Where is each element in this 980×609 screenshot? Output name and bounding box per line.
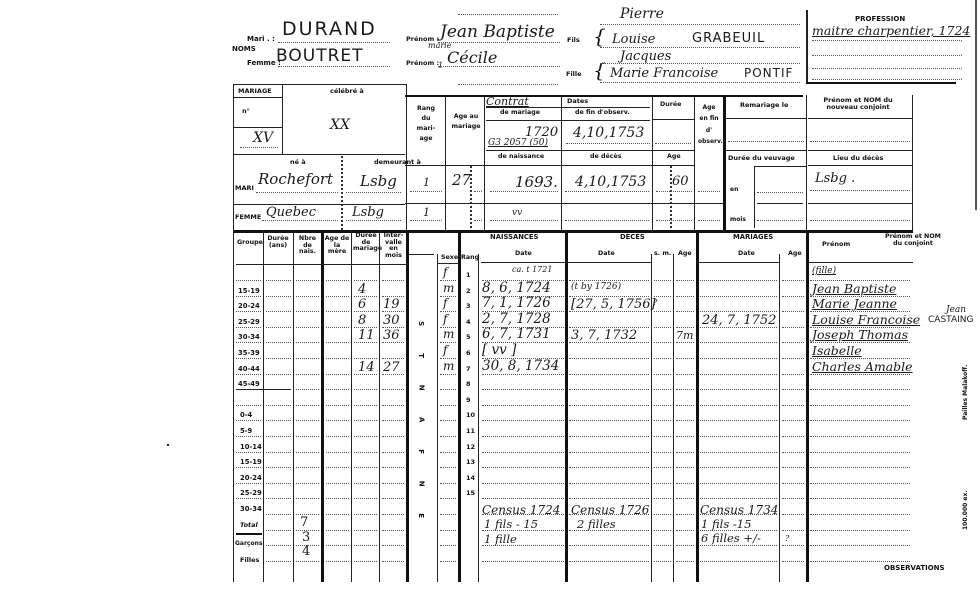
row-line	[440, 389, 456, 390]
birth-date: ca. t 1721	[482, 266, 552, 274]
row-line	[700, 342, 777, 343]
row-line	[236, 452, 261, 453]
row-line	[382, 483, 404, 484]
col-age-mere: Age de la mère	[324, 236, 350, 256]
row-line	[569, 358, 649, 359]
enfants-letter: N	[417, 385, 424, 391]
row-line	[676, 280, 694, 281]
femme-residence: Lsbg	[352, 206, 384, 219]
row-line	[266, 342, 291, 343]
fille-surname: PONTIF	[744, 67, 793, 79]
sexe-value: f	[443, 344, 447, 356]
row-line	[654, 514, 671, 515]
mari-surname: DURAND	[282, 20, 377, 39]
row-line	[676, 483, 694, 484]
remariage-label: Remariage le	[740, 102, 788, 109]
row-line	[700, 280, 777, 281]
row-line	[354, 405, 377, 406]
row-line	[266, 483, 291, 484]
row-line	[810, 389, 910, 390]
row-line	[654, 483, 671, 484]
census-1734-line2: 1 fils -15	[701, 519, 751, 531]
row-line	[354, 498, 377, 499]
row-line	[569, 405, 649, 406]
row-line	[569, 389, 649, 390]
row-line	[440, 545, 456, 546]
col-duree-mariage: Durée de mariage	[353, 233, 379, 253]
row-line	[266, 514, 291, 515]
contrat-label: Contrat	[486, 96, 529, 107]
row-line	[236, 467, 261, 468]
row-line	[266, 296, 291, 297]
intervalle-value: 19	[383, 298, 400, 311]
row-line	[236, 420, 261, 421]
row-line	[326, 405, 349, 406]
row-line	[782, 483, 804, 484]
total-label: Total	[240, 522, 258, 529]
femme-rang: 1	[423, 207, 430, 218]
row-line	[354, 436, 377, 437]
enfants-letter: A	[417, 417, 424, 422]
row-line	[810, 530, 910, 531]
col-mar-date: Date	[738, 251, 755, 258]
row-line	[296, 280, 319, 281]
row-line	[236, 498, 261, 499]
row-line	[654, 498, 671, 499]
row-line	[354, 514, 377, 515]
row-line	[654, 280, 671, 281]
row-line	[382, 467, 404, 468]
mois-label: mois	[730, 217, 746, 223]
row-line	[266, 405, 291, 406]
row-line	[236, 342, 261, 343]
row-line	[382, 545, 404, 546]
row-line	[326, 467, 349, 468]
row-line	[354, 467, 377, 468]
profession-value: maitre charpentier, 1724	[812, 25, 970, 38]
row-line	[782, 436, 804, 437]
row-line	[810, 452, 910, 453]
col-duree-ans: Durée (ans)	[266, 236, 290, 249]
row-line	[440, 530, 456, 531]
fille-father-prenom: Jacques	[620, 50, 671, 63]
census-1724-line3: 1 fille	[484, 534, 517, 546]
observations-label: OBSERVATIONS	[884, 565, 945, 572]
row-line	[654, 436, 671, 437]
row-line	[236, 296, 261, 297]
noms-label: NOMS	[232, 46, 256, 53]
row-line	[700, 545, 777, 546]
total-value: 7	[300, 516, 308, 529]
date-fin-observ: 4,10,1753	[573, 126, 644, 140]
row-line	[654, 374, 671, 375]
row-line	[654, 420, 671, 421]
row-line	[440, 436, 456, 437]
row-line	[382, 561, 404, 562]
groupe-label: 25-29	[240, 490, 262, 497]
speck	[167, 444, 169, 446]
mari-death-date: 4,10,1753	[575, 175, 646, 189]
row-line	[382, 514, 404, 515]
row-line	[569, 467, 649, 468]
row-line	[236, 358, 261, 359]
row-line	[569, 483, 649, 484]
garcons-label: Garçons	[235, 541, 262, 547]
row-line	[676, 452, 694, 453]
contrat-ref: G3 2057 (50)	[488, 139, 548, 148]
row-line	[782, 545, 804, 546]
row-line	[236, 327, 261, 328]
col-prenom: Prénom	[822, 241, 850, 248]
row-line	[810, 420, 910, 421]
child-prenom: Marie Jeanne	[812, 298, 897, 311]
row-line	[654, 467, 671, 468]
duree-veuvage-label: Durée du veuvage	[728, 155, 795, 162]
death-date: [27, 5, 1756]	[571, 298, 656, 311]
enfants-letter: S	[417, 321, 424, 326]
row-line	[482, 498, 564, 499]
row-line	[296, 483, 319, 484]
mari-lieu-deces: Lsbg .	[815, 172, 855, 185]
row-line	[676, 374, 694, 375]
marriage-date: 24, 7, 1752	[702, 314, 776, 327]
row-line	[236, 405, 261, 406]
row-line	[782, 561, 804, 562]
rang-number: 4	[466, 319, 471, 326]
mari-birth-date: 1693.	[515, 175, 558, 190]
intervalle-value: 30	[383, 314, 400, 327]
row-line	[676, 405, 694, 406]
row-line	[382, 280, 404, 281]
row-line	[676, 296, 694, 297]
row-line	[782, 498, 804, 499]
row-line	[266, 498, 291, 499]
row-line	[782, 530, 804, 531]
row-line	[296, 311, 319, 312]
rang-number: 7	[466, 366, 471, 373]
col-mar-age: Age	[788, 251, 802, 258]
en-label: en	[730, 187, 738, 193]
row-line	[782, 327, 804, 328]
groupe-label: 15-19	[240, 459, 262, 466]
row-line	[482, 420, 564, 421]
row-line	[296, 342, 319, 343]
row-line	[440, 514, 456, 515]
row-line	[782, 389, 804, 390]
row-line	[654, 358, 671, 359]
sm-value: ?	[653, 299, 657, 307]
row-line	[676, 342, 694, 343]
row-line	[354, 545, 377, 546]
row-line	[266, 467, 291, 468]
row-line	[782, 405, 804, 406]
row-line	[676, 561, 694, 562]
rang-number: 8	[466, 381, 471, 388]
row-line	[440, 452, 456, 453]
row-line	[266, 280, 291, 281]
row-line	[326, 389, 349, 390]
row-line	[266, 327, 291, 328]
census-1726-line2: 2 filles	[577, 519, 616, 531]
col-sm: s. m.	[654, 251, 671, 258]
row-line	[236, 311, 261, 312]
row-line	[654, 530, 671, 531]
row-line	[296, 561, 319, 562]
enfants-letter: T	[417, 353, 424, 358]
fille-label: Fille	[566, 71, 582, 78]
row-line	[654, 389, 671, 390]
row-line	[326, 374, 349, 375]
row-line	[326, 498, 349, 499]
row-line	[569, 280, 649, 281]
row-line	[700, 467, 777, 468]
de-deces-label: de décès	[590, 154, 622, 161]
femme-row-label: FEMME	[235, 214, 261, 221]
col-deces: DÉCÈS	[620, 234, 645, 241]
row-line	[326, 358, 349, 359]
row-line	[326, 514, 349, 515]
row-line	[266, 530, 291, 531]
groupe-label: 45-49	[238, 381, 260, 388]
row-line	[676, 514, 694, 515]
row-line	[326, 483, 349, 484]
row-line	[236, 436, 261, 437]
rang-number: 11	[466, 428, 475, 435]
rang-number: 2	[466, 288, 471, 295]
row-line	[676, 327, 694, 328]
enfants-letter: E	[417, 513, 424, 518]
mari-residence: Lsbg	[360, 174, 397, 189]
row-line	[569, 545, 649, 546]
groupe-label: 5-9	[240, 428, 252, 435]
print-run: 100.000 ex.	[963, 490, 969, 530]
de-mariage-label: de mariage	[500, 110, 540, 117]
mari-birthplace: Rochefort	[258, 172, 333, 187]
filles-value: 4	[302, 545, 310, 558]
enfants-letter: N	[417, 481, 424, 487]
col-groupe: Groupe	[237, 240, 263, 247]
row-line	[382, 452, 404, 453]
row-line	[700, 498, 777, 499]
child-prenom: Jean Baptiste	[812, 283, 896, 296]
de-naissance-label: de naissance	[498, 154, 544, 161]
row-line	[810, 483, 910, 484]
mariage-no-value: XV	[253, 131, 273, 145]
col-intervalle: Inter- valle en mois	[381, 233, 406, 259]
nouveau-conjoint-label: Prénom et NOM du nouveau conjoint	[818, 97, 898, 111]
groupe-label: 20-24	[238, 303, 260, 310]
groupe-label: 30-34	[238, 334, 260, 341]
row-line	[296, 467, 319, 468]
birth-date: 8, 6, 1724	[482, 282, 551, 296]
sexe-value: m	[443, 282, 454, 294]
mari-age-mariage: 27	[452, 173, 471, 188]
row-line	[676, 498, 694, 499]
row-line	[236, 374, 261, 375]
rang-number: 15	[466, 490, 475, 497]
row-line	[654, 452, 671, 453]
row-line	[326, 327, 349, 328]
row-line	[482, 389, 564, 390]
child-prenom: Charles Amable	[812, 361, 913, 374]
row-line	[354, 280, 377, 281]
filles-label: Filles	[240, 557, 259, 564]
col-deces-date: Date	[598, 251, 615, 258]
rang-number: 12	[466, 444, 475, 451]
row-line	[236, 483, 261, 484]
intervalle-value: 27	[383, 361, 400, 374]
duree-mariage-value: 4	[358, 283, 366, 296]
mari-row-label: MARI	[235, 185, 254, 192]
row-line	[654, 311, 671, 312]
row-line	[782, 311, 804, 312]
celebre-value: XX	[330, 118, 350, 132]
enfants-letter: F	[417, 449, 424, 454]
groupe-label: 15-19	[238, 288, 260, 295]
fils-label: Fils	[567, 37, 580, 44]
row-line	[354, 420, 377, 421]
death-age: 7m	[676, 330, 693, 341]
col-deces-age: Age	[678, 251, 692, 258]
row-line	[440, 374, 456, 375]
row-line	[296, 327, 319, 328]
de-fin-label: de fin d'observ.	[575, 110, 630, 117]
row-line	[440, 405, 456, 406]
row-line	[654, 342, 671, 343]
row-line	[266, 545, 291, 546]
row-line	[296, 498, 319, 499]
row-line	[382, 498, 404, 499]
duree-label: Durée	[660, 102, 681, 109]
row-line	[382, 405, 404, 406]
census-1724-line2: 1 fils - 15	[484, 519, 538, 531]
col-mariages: MARIAGES	[733, 234, 773, 241]
census-1726-line1: Census 1726	[571, 504, 649, 516]
row-line	[700, 296, 777, 297]
duree-mariage-value: 11	[358, 329, 375, 342]
fils-surname: GRABEUIL	[692, 32, 765, 45]
row-line	[326, 311, 349, 312]
row-line	[440, 420, 456, 421]
child-prenom: Isabelle	[812, 345, 862, 358]
rang-number: 14	[466, 475, 475, 482]
row-line	[810, 561, 910, 562]
row-line	[676, 467, 694, 468]
row-line	[296, 389, 319, 390]
row-line	[296, 296, 319, 297]
row-line	[782, 514, 804, 515]
femme-prenom-label: Prénom :	[406, 60, 439, 67]
row-line	[382, 389, 404, 390]
row-line	[569, 452, 649, 453]
row-line	[326, 280, 349, 281]
row-line	[326, 530, 349, 531]
row-line	[296, 405, 319, 406]
mariage-label: MARIAGE	[238, 88, 272, 95]
row-line	[810, 467, 910, 468]
row-line	[482, 436, 564, 437]
row-line	[354, 389, 377, 390]
row-line	[700, 358, 777, 359]
fils-mother-prenom: Louise	[612, 33, 655, 46]
rang-label: Rang du mari- age	[415, 104, 437, 144]
row-line	[266, 358, 291, 359]
row-line	[676, 420, 694, 421]
divider	[236, 389, 291, 390]
row-line	[266, 374, 291, 375]
row-line	[700, 420, 777, 421]
col-nbre-naiss: Nbre de nais.	[295, 236, 320, 256]
row-line	[654, 405, 671, 406]
row-line	[266, 436, 291, 437]
row-line	[354, 452, 377, 453]
celebre-label: célébré à	[330, 88, 364, 95]
femme-birth-date: vv	[512, 209, 522, 218]
child-prenom: Joseph Thomas	[812, 329, 908, 342]
mari-first-name: Jean Baptiste	[440, 24, 555, 41]
row-line	[482, 483, 564, 484]
row-line	[700, 561, 777, 562]
row-line	[782, 420, 804, 421]
femme-surname: BOUTRET	[276, 48, 364, 65]
death-date: (t by 1726)	[571, 283, 621, 292]
row-line	[326, 436, 349, 437]
row-line	[810, 545, 910, 546]
row-line	[676, 311, 694, 312]
sexe-value: f	[443, 266, 447, 278]
col-conjoint: Prénom et NOM du conjoint	[882, 234, 944, 247]
mari-age-deces: 60	[672, 175, 689, 188]
row-line	[296, 358, 319, 359]
row-line	[810, 405, 910, 406]
row-line	[676, 530, 694, 531]
row-line	[482, 452, 564, 453]
row-line	[354, 530, 377, 531]
row-line	[676, 545, 694, 546]
groupe-label: 20-24	[240, 475, 262, 482]
rang-number: 5	[466, 334, 471, 341]
rang-number: 10	[466, 412, 475, 419]
garcons-value: 3	[302, 531, 310, 544]
row-line	[354, 483, 377, 484]
row-line	[810, 436, 910, 437]
row-line	[700, 483, 777, 484]
row-line	[266, 452, 291, 453]
row-line	[266, 311, 291, 312]
row-line	[326, 452, 349, 453]
row-line	[810, 498, 910, 499]
birth-date: 2, 7, 1728	[482, 313, 551, 327]
birth-date: [ vv ]	[482, 344, 516, 358]
age-fin-observ-label: Age en fin d' observ.	[698, 102, 720, 148]
col-naiss-date: Date	[515, 251, 532, 258]
row-line	[782, 280, 804, 281]
row-line	[482, 467, 564, 468]
census-1734-question: ?	[785, 535, 789, 543]
birth-date: 30, 8, 1734	[482, 360, 559, 374]
femme-birthplace: Quebec	[266, 206, 316, 219]
row-line	[326, 420, 349, 421]
row-line	[782, 374, 804, 375]
row-line	[482, 561, 564, 562]
row-line	[782, 296, 804, 297]
femme-first-name: Cécile	[447, 50, 497, 66]
mari-label: Mari . :	[247, 36, 275, 43]
row-line	[440, 483, 456, 484]
row-line	[676, 389, 694, 390]
row-line	[700, 452, 777, 453]
row-line	[654, 561, 671, 562]
